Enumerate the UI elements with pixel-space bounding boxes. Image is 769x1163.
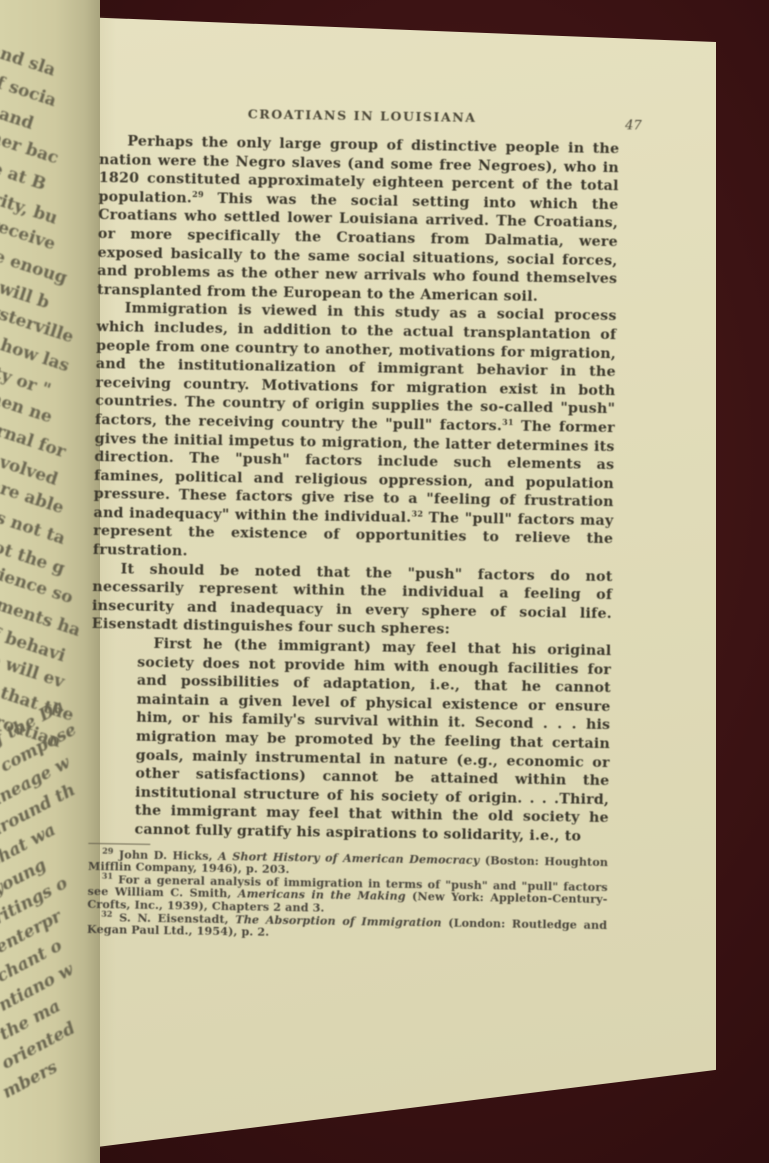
page-content: CROATIANS IN LOUISIANA 47 Perhaps the on…: [87, 100, 620, 944]
footnote-number: 31: [102, 870, 113, 880]
paragraph-2-text-a: Immigration is viewed in this study as a…: [95, 301, 617, 435]
running-head-title: CROATIANS IN LOUISIANA: [248, 106, 477, 125]
facing-page-text-fragment: and sla: [0, 40, 58, 80]
footnote-ref-29: 29: [192, 189, 204, 199]
paragraph-2: Immigration is viewed in this study as a…: [93, 299, 617, 567]
paragraph-2-text-b: The former gives the initial impetus to …: [93, 418, 615, 525]
block-quote: First he (the immigrant) may feel that h…: [134, 635, 611, 847]
block-quote-text: First he (the immigrant) may feel that h…: [134, 636, 611, 845]
facing-page-curl: and slaof socian andher bacle at Barity,…: [0, 0, 100, 1163]
footnote-rule: [88, 842, 150, 844]
paragraph-1: Perhaps the only large group of distinct…: [97, 132, 620, 307]
paragraph-3: It should be noted that the "push" facto…: [92, 560, 613, 643]
page-number: 47: [625, 118, 642, 133]
footnote-ref-32: 32: [411, 508, 423, 518]
footnote-number: 32: [101, 908, 112, 918]
footnote-number: 29: [102, 845, 113, 855]
paragraph-1-text-b: This was the social setting into which t…: [97, 190, 619, 304]
footnote-ref-31: 31: [502, 417, 514, 427]
